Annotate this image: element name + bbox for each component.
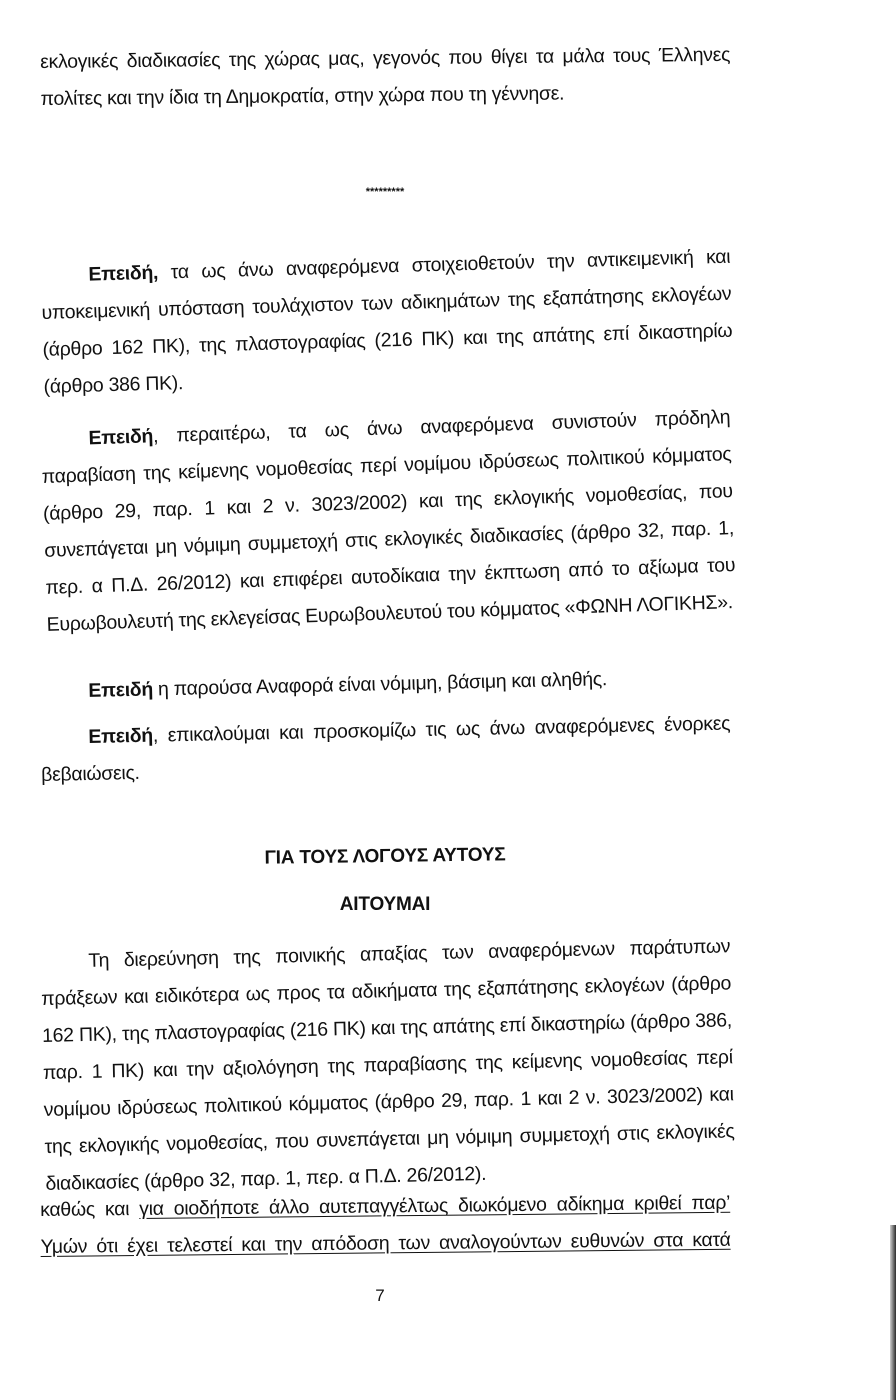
request-paragraph: Τη διερεύνηση της ποινικής απαξίας των α… bbox=[40, 928, 736, 1203]
paragraph-1: Επειδή, τα ως άνω αναφερόμενα στοιχειοθε… bbox=[40, 239, 734, 406]
request-paragraph-text: Τη διερεύνηση της ποινικής απαξίας των α… bbox=[41, 935, 735, 1195]
document-page: εκλογικές διαδικασίες της χώρας μας, γεγ… bbox=[0, 0, 896, 1400]
paragraph-4: Επειδή, επικαλούμαι και προσκομίζω τις ω… bbox=[40, 706, 731, 794]
paragraph-4-text: , επικαλούμαι και προσκομίζω τις ως άνω … bbox=[41, 713, 731, 786]
intro-line-2: πολίτες και την ίδια τη Δημοκρατία, στην… bbox=[40, 74, 730, 118]
paragraph-3-text: η παρούσα Αναφορά είναι νόμιμη, βάσιμη κ… bbox=[153, 668, 608, 700]
continuation-underlined-1: για οιοδήποτε άλλο αυτεπαγγέλτως διωκόμε… bbox=[139, 1192, 730, 1220]
heading-reasons: ΓΙΑ ΤΟΥΣ ΛΟΓΟΥΣ ΑΥΤΟΥΣ bbox=[0, 841, 770, 874]
continuation-prefix: καθώς και bbox=[40, 1198, 139, 1221]
heading-request: ΑΙΤΟΥΜΑΙ bbox=[0, 894, 770, 916]
paragraph-3-lead: Επειδή bbox=[88, 678, 153, 701]
paragraph-2-lead: Επειδή bbox=[88, 425, 153, 449]
intro-paragraph: εκλογικές διαδικασίες της χώρας μας, γεγ… bbox=[40, 37, 731, 118]
request-continuation: καθώς και για οιοδήποτε άλλο αυτεπαγγέλτ… bbox=[40, 1185, 731, 1266]
paragraph-2: Επειδή, περαιτέρω, τα ως άνω αναφερόμενα… bbox=[40, 399, 737, 644]
paragraph-3: Επειδή η παρούσα Αναφορά είναι νόμιμη, β… bbox=[40, 658, 731, 711]
page-number: 7 bbox=[0, 1286, 760, 1306]
section-separator: ********* bbox=[0, 186, 770, 198]
continuation-line-2: Υμών ότι έχει τελεστεί και την απόδοση τ… bbox=[40, 1222, 730, 1266]
scan-edge-shadow bbox=[890, 1225, 896, 1400]
intro-line-1: εκλογικές διαδικασίες της χώρας μας, γεγ… bbox=[40, 37, 730, 81]
paragraph-1-lead: Επειδή, bbox=[88, 262, 158, 286]
continuation-underlined-2: Υμών ότι έχει τελεστεί και την απόδοση τ… bbox=[40, 1229, 730, 1258]
paragraph-4-lead: Επειδή bbox=[88, 725, 153, 748]
